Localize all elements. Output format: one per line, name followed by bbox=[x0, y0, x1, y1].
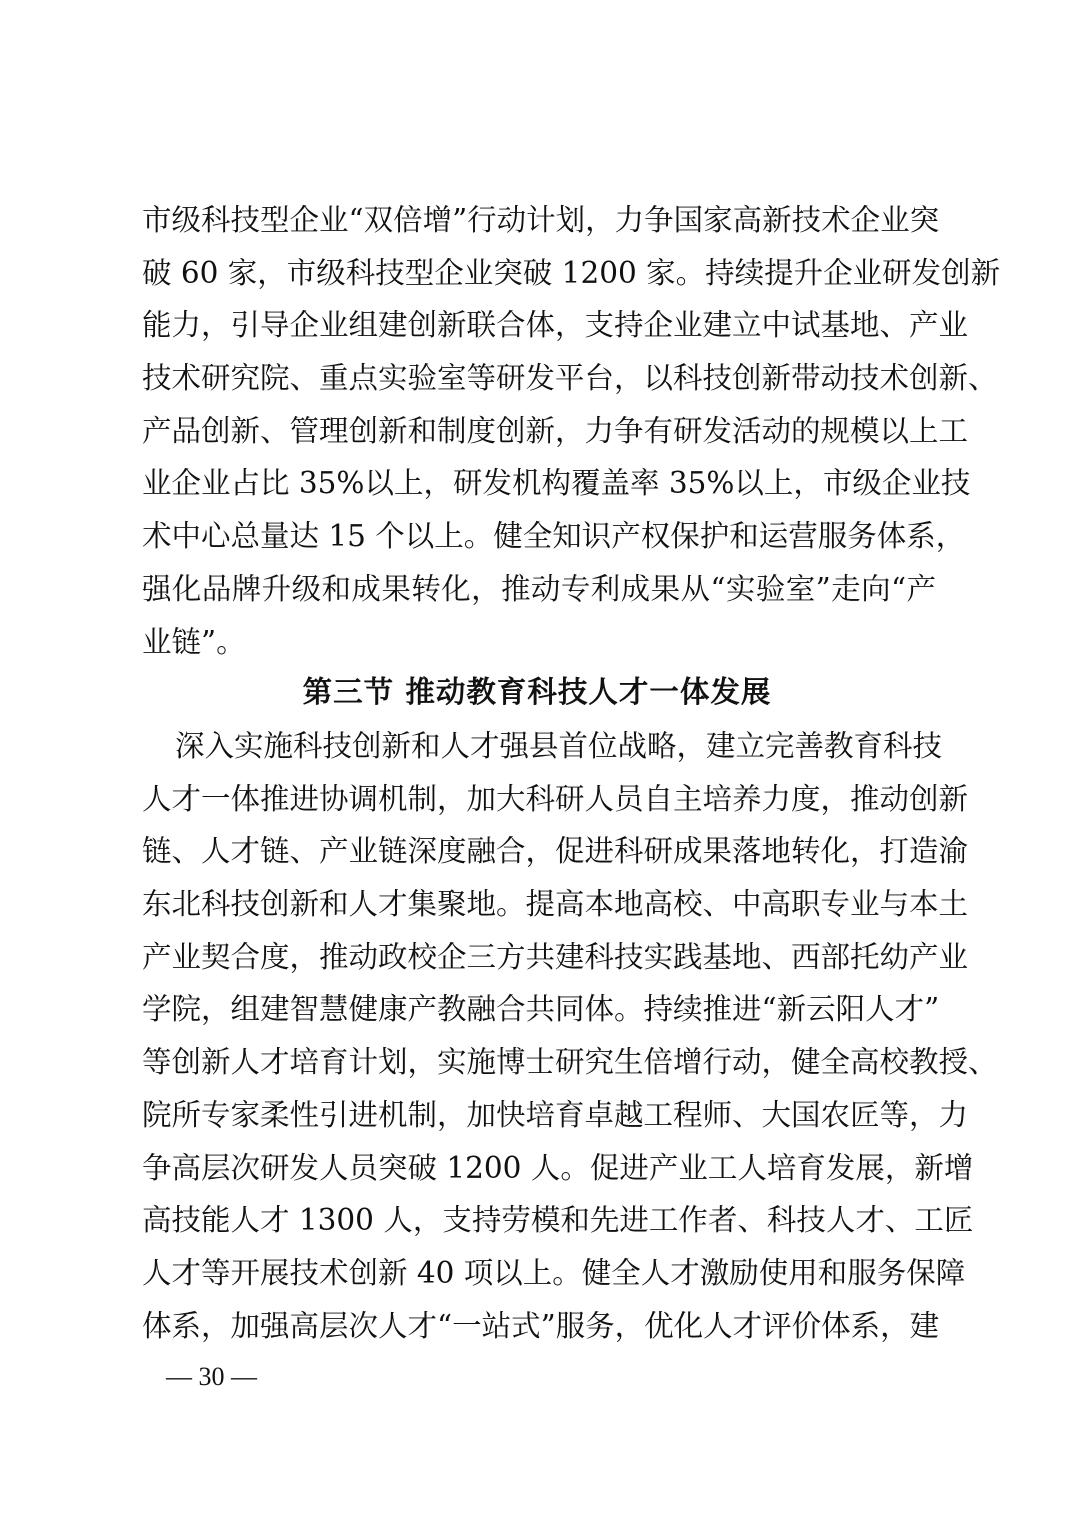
text-line: 东北科技创新和人才集聚地。提高本地高校、中高职专业与本土 bbox=[142, 878, 936, 931]
page-number: — 30 — bbox=[166, 1362, 257, 1392]
text-line: 业企业占比 35%以上，研发机构覆盖率 35%以上，市级企业技 bbox=[142, 457, 936, 510]
text-line: 人才等开展技术创新 40 项以上。健全人才激励使用和服务保障 bbox=[142, 1247, 936, 1300]
text-line: 术中心总量达 15 个以上。健全知识产权保护和运营服务体系， bbox=[142, 510, 936, 563]
text-line: 等创新人才培育计划，实施博士研究生倍增行动，健全高校教授、 bbox=[142, 1036, 936, 1089]
text-line: 能力，引导企业组建创新联合体，支持企业建立中试基地、产业 bbox=[142, 299, 936, 352]
text-line: 业链”。 bbox=[142, 616, 936, 669]
document-page: 市级科技型企业“双倍增”行动计划，力争国家高新技术企业突 破 60 家，市级科技… bbox=[0, 0, 1074, 1520]
text-line: 技术研究院、重点实验室等研发平台，以科技创新带动技术创新、 bbox=[142, 352, 936, 405]
text-line: 高技能人才 1300 人，支持劳模和先进工作者、科技人才、工匠 bbox=[142, 1194, 936, 1247]
text-line: 争高层次研发人员突破 1200 人。促进产业工人培育发展，新增 bbox=[142, 1142, 936, 1195]
text-line: 产业契合度，推动政校企三方共建科技实践基地、西部托幼产业 bbox=[142, 931, 936, 984]
text-line: 人才一体推进协调机制，加大科研人员自主培养力度，推动创新 bbox=[142, 773, 936, 826]
text-line: 深入实施科技创新和人才强县首位战略，建立完善教育科技 bbox=[142, 720, 936, 773]
text-line: 体系，加强高层次人才“一站式”服务，优化人才评价体系，建 bbox=[142, 1300, 936, 1353]
section-heading: 第三节 推动教育科技人才一体发展 bbox=[0, 668, 1074, 716]
paragraph-education-tech-talent: 深入实施科技创新和人才强县首位战略，建立完善教育科技 人才一体推进协调机制，加大… bbox=[142, 720, 936, 1352]
text-line: 学院，组建智慧健康产教融合共同体。持续推进“新云阳人才” bbox=[142, 983, 936, 1036]
paragraph-innovation-enterprises: 市级科技型企业“双倍增”行动计划，力争国家高新技术企业突 破 60 家，市级科技… bbox=[142, 194, 936, 668]
text-line: 市级科技型企业“双倍增”行动计划，力争国家高新技术企业突 bbox=[142, 194, 936, 247]
text-line: 强化品牌升级和成果转化，推动专利成果从“实验室”走向“产 bbox=[142, 563, 936, 616]
text-line: 产品创新、管理创新和制度创新，力争有研发活动的规模以上工 bbox=[142, 405, 936, 458]
text-line: 破 60 家，市级科技型企业突破 1200 家。持续提升企业研发创新 bbox=[142, 247, 936, 300]
text-line: 链、人才链、产业链深度融合，促进科研成果落地转化，打造渝 bbox=[142, 825, 936, 878]
text-line: 院所专家柔性引进机制，加快培育卓越工程师、大国农匠等，力 bbox=[142, 1089, 936, 1142]
